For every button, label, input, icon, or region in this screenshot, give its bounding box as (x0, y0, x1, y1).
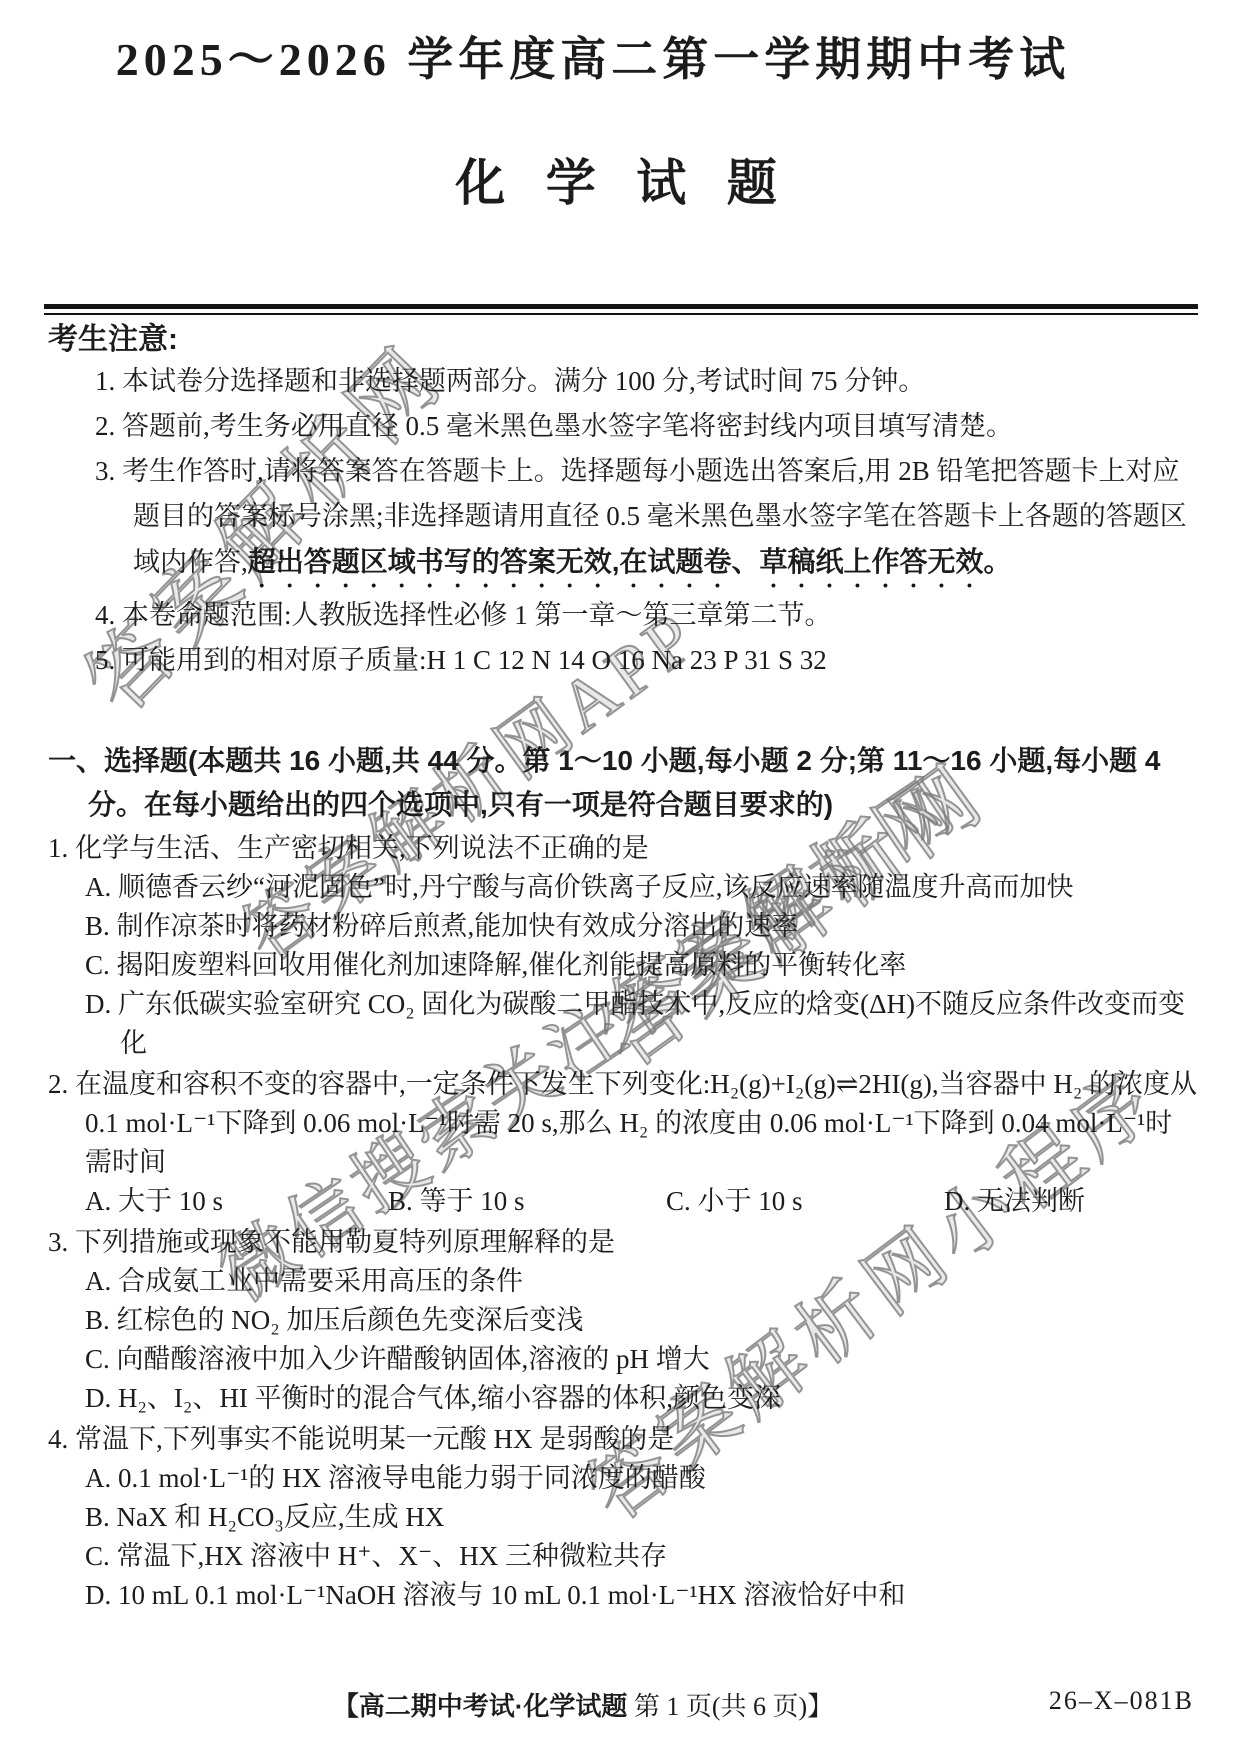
question-4-stem: 4. 常温下,下列事实不能说明某一元酸 HX 是弱酸的是 (48, 1420, 1198, 1459)
notice-section: 考生注意: 1. 本试卷分选择题和非选择题两部分。满分 100 分,考试时间 7… (48, 321, 1198, 683)
question-2-options: A. 大于 10 s B. 等于 10 s C. 小于 10 s D. 无法判断 (85, 1182, 1198, 1221)
question-1-stem: 1. 化学与生活、生产密切相关,下列说法不正确的是 (48, 829, 1198, 868)
question-3-stem: 3. 下列措施或现象不能用勒夏特列原理解释的是 (48, 1223, 1198, 1262)
question-2-option-a: A. 大于 10 s (85, 1182, 388, 1221)
question-3-option-b: B. 红棕色的 NO₂ 加压后颜色先变深后变浅 (48, 1301, 1198, 1340)
question-4: 4. 常温下,下列事实不能说明某一元酸 HX 是弱酸的是 A. 0.1 mol·… (48, 1420, 1198, 1615)
question-1-option-d: D. 广东低碳实验室研究 CO₂ 固化为碳酸二甲酯技术中,反应的焓变(ΔH)不随… (48, 985, 1198, 1063)
question-4-option-b: B. NaX 和 H₂CO₃反应,生成 HX (48, 1498, 1198, 1537)
notice-item-5: 5. 可能用到的相对原子质量:H 1 C 12 N 14 O 16 Na 23 … (48, 638, 1198, 683)
question-2-stem: 2. 在温度和容积不变的容器中,一定条件下发生下列变化:H₂(g)+I₂(g)⇌… (48, 1065, 1198, 1182)
notice-item-1: 1. 本试卷分选择题和非选择题两部分。满分 100 分,考试时间 75 分钟。 (48, 359, 1198, 404)
question-1: 1. 化学与生活、生产密切相关,下列说法不正确的是 A. 顺德香云纱“河泥固色”… (48, 829, 1198, 1063)
question-2-option-d: D. 无法判断 (944, 1182, 1198, 1221)
footer-title: 【高二期中考试·化学试题 第 1 页(共 6 页)】 (333, 1686, 833, 1723)
exam-content: 2025～2026 学年度高二第一学期期中考试 化 学 试 题 考生注意: 1.… (48, 30, 1198, 1615)
question-4-option-c: C. 常温下,HX 溶液中 H⁺、X⁻、HX 三种微粒共存 (48, 1537, 1198, 1576)
notice-item-4: 4. 本卷命题范围:人教版选择性必修 1 第一章～第三章第二节。 (48, 593, 1198, 638)
question-2-option-b: B. 等于 10 s (388, 1182, 666, 1221)
exam-page: { "page": { "title": "2025～2026 学年度高二第一学… (0, 0, 1240, 1760)
footer-paper-code: 26–X–081B (1049, 1686, 1194, 1716)
question-2: 2. 在温度和容积不变的容器中,一定条件下发生下列变化:H₂(g)+I₂(g)⇌… (48, 1065, 1198, 1221)
footer-title-bold: 【高二期中考试·化学试题 (333, 1691, 628, 1721)
page-footer: 【高二期中考试·化学试题 第 1 页(共 6 页)】 26–X–081B (48, 1686, 1198, 1726)
question-1-option-b: B. 制作凉茶时将药材粉碎后煎煮,能加快有效成分溶出的速率 (48, 907, 1198, 946)
question-4-option-d: D. 10 mL 0.1 mol·L⁻¹NaOH 溶液与 10 mL 0.1 m… (48, 1576, 1198, 1615)
footer-page-number: 第 1 页(共 6 页)】 (627, 1692, 833, 1721)
notice-bold-warning: 超出答题区域书写的答案无效,在试题卷、草稿纸上作答无效。 (248, 546, 1012, 577)
question-3-option-c: C. 向醋酸溶液中加入少许醋酸钠固体,溶液的 pH 增大 (48, 1340, 1198, 1379)
question-1-option-a: A. 顺德香云纱“河泥固色”时,丹宁酸与高价铁离子反应,该反应速率随温度升高而加… (48, 868, 1198, 907)
double-rule-divider (44, 304, 1198, 315)
question-1-option-c: C. 揭阳废塑料回收用催化剂加速降解,催化剂能提高原料的平衡转化率 (48, 946, 1198, 985)
question-4-option-a: A. 0.1 mol·L⁻¹的 HX 溶液导电能力弱于同浓度的醋酸 (48, 1459, 1198, 1498)
exam-title: 2025～2026 学年度高二第一学期期中考试 (48, 30, 1138, 90)
exam-subtitle: 化 学 试 题 (48, 152, 1198, 214)
notice-item-2: 2. 答题前,考生务必用直径 0.5 毫米黑色墨水签字笔将密封线内项目填写清楚。 (48, 404, 1198, 449)
question-3-option-d: D. H₂、I₂、HI 平衡时的混合气体,缩小容器的体积,颜色变深 (48, 1379, 1198, 1418)
notice-item-3: 3. 考生作答时,请将答案答在答题卡上。选择题每小题选出答案后,用 2B 铅笔把… (48, 449, 1198, 593)
notice-heading: 考生注意: (48, 321, 1198, 359)
question-2-option-c: C. 小于 10 s (666, 1182, 944, 1221)
section-1-heading: 一、选择题(本题共 16 小题,共 44 分。第 1～10 小题,每小题 2 分… (48, 739, 1198, 827)
question-3: 3. 下列措施或现象不能用勒夏特列原理解释的是 A. 合成氨工业中需要采用高压的… (48, 1223, 1198, 1418)
question-3-option-a: A. 合成氨工业中需要采用高压的条件 (48, 1262, 1198, 1301)
